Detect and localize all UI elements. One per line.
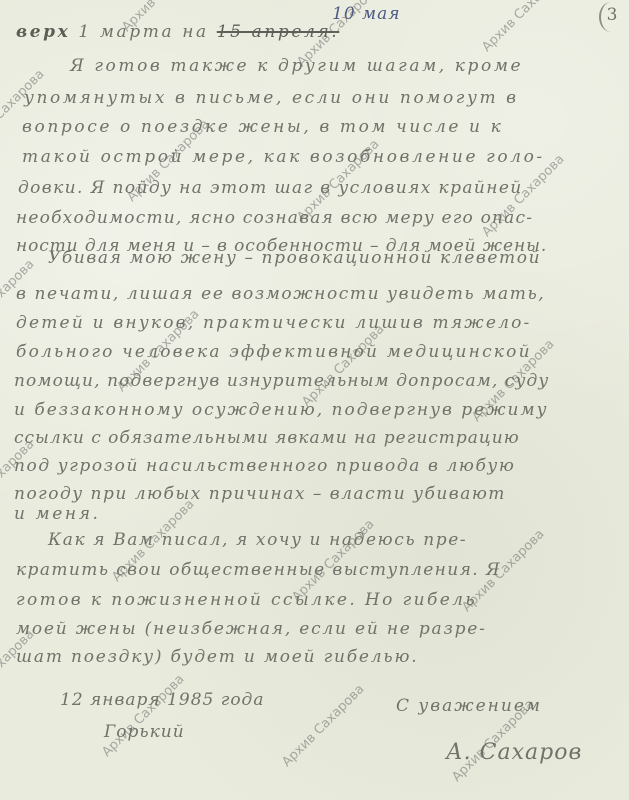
watermark: Архив Сахарова [299,322,387,410]
body-line: под угрозой насильственного привода в лю… [14,456,515,476]
top-line-prefix: верх [16,22,70,42]
body-line: готов к пожизненной ссылке. Но гибель [16,590,477,610]
salutation: С уважением [396,696,542,716]
watermark: Архив Сахарова [0,67,48,155]
page-number: 3 [599,2,623,32]
body-line: в печати, лишая ее возможности увидеть м… [16,284,545,304]
body-line: ссылки с обязательными явками на регистр… [14,428,520,448]
body-line: детей и внуков, практически лишив тяжело… [16,313,532,333]
letter-date: 12 января 1985 года [60,690,264,710]
body-line: Как я Вам писал, я хочу и надеюсь пре- [48,530,467,550]
watermark: Архив Сахарова [99,672,187,760]
body-line: Я готов также к другим шагам, кроме [70,56,523,76]
body-line: шат поездку) будет и моей гибелью. [16,647,418,667]
body-line: вопросе о поездке жены, в том числе и к [22,117,503,137]
top-line-text: 1 марта на [78,22,208,42]
document-page: 3 верх 1 марта на 15 апреля. 10 мая Я го… [0,0,629,800]
body-line: и беззаконному осуждению, подвергнув реж… [14,400,548,420]
body-line: такой острой мере, как возобновление гол… [22,147,545,167]
watermark: Архив Сахарова [279,682,367,770]
body-line: необходимости, ясно сознавая всю меру ег… [16,208,533,228]
body-line: погоду при любых причинах – власти убива… [14,484,506,504]
body-line: упомянутых в письме, если они помогут в [24,88,519,108]
body-line: моей жены (неизбежная, если ей не разре- [16,619,487,639]
body-line: и меня. [14,504,101,524]
body-line: кратить свои общественные выступления. Я [16,560,501,580]
inserted-date: 10 мая [332,4,401,24]
struck-date: 15 апреля. [217,22,340,42]
letter-place: Горький [104,722,185,742]
top-line: верх 1 марта на 15 апреля. [16,22,339,42]
watermark: Архив Сахарова [0,627,38,715]
body-line: Убивая мою жену – провокационной клевето… [48,248,541,268]
body-line: довки. Я пойду на этот шаг в условиях кр… [18,178,523,198]
watermark: Архив Сахарова [479,0,567,55]
body-line: больного человека эффективной медицинско… [16,342,532,362]
body-line: помощи, подвергнув изнурительным допроса… [14,371,549,391]
signature: А. Сахаров [446,740,582,765]
